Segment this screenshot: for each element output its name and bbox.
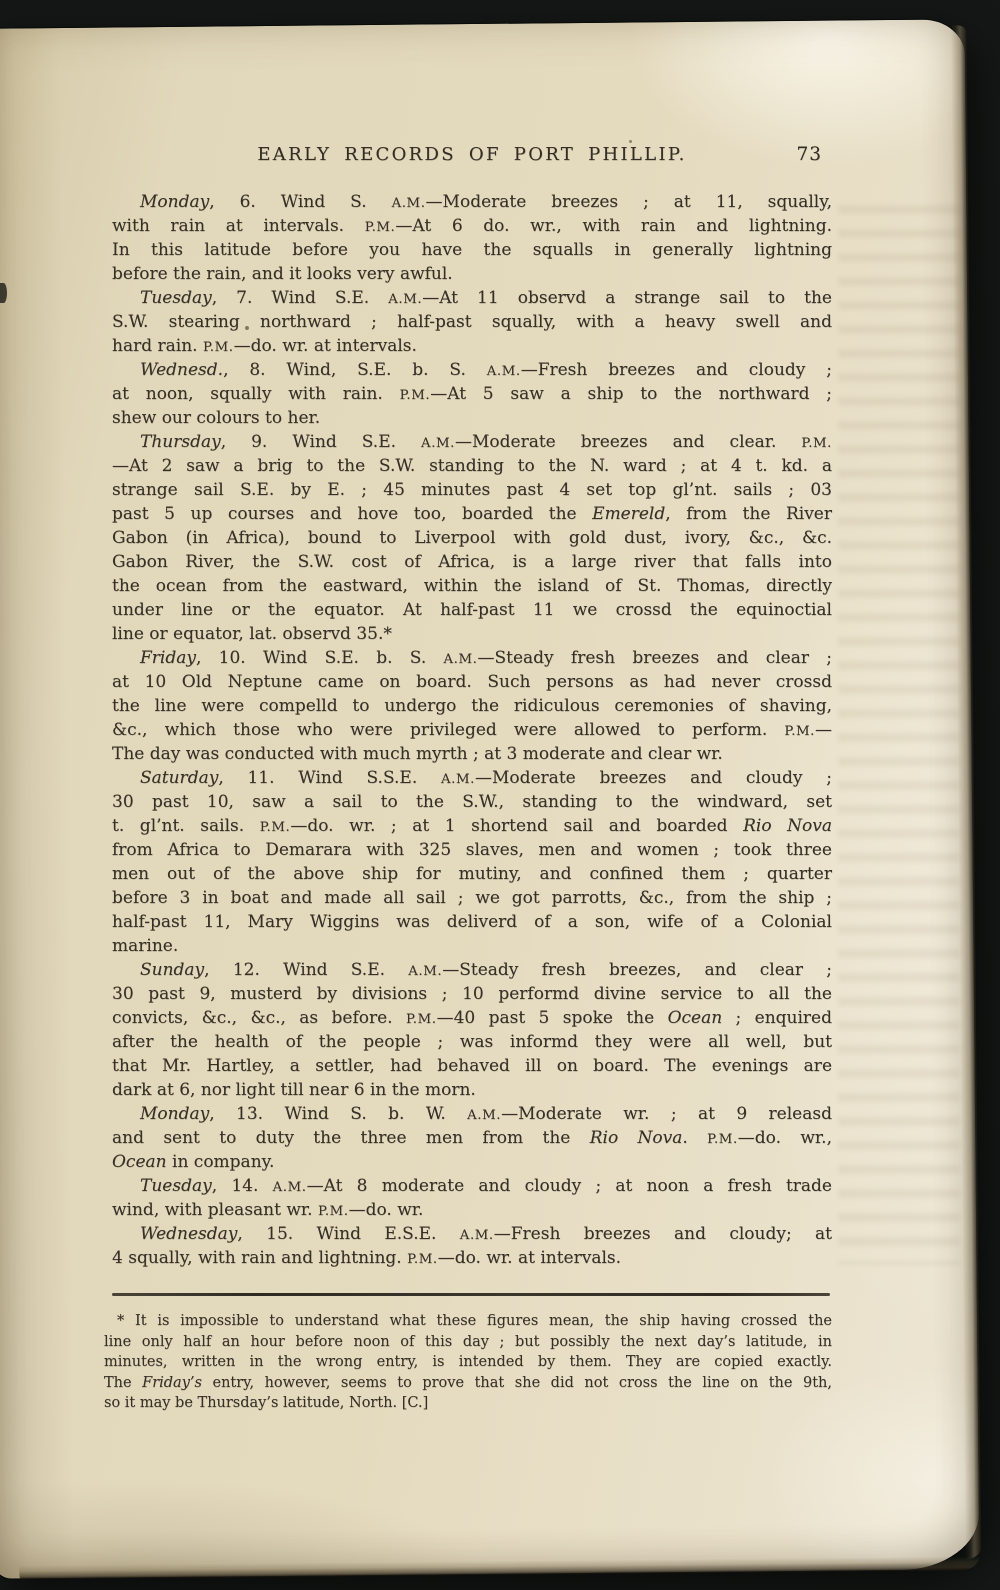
text-line: wind, with pleasant wr. P.M.—do. wr. [112,1198,832,1222]
text-line: after the health of the people ; was inf… [112,1030,832,1054]
text-line: Tuesday, 14. A.M.—At 8 moderate and clou… [112,1174,832,1198]
text-line: and sent to duty the three men from the … [112,1126,832,1150]
text-line: under line or the equator. At half-past … [112,598,832,622]
text-line: Wednesday, 15. Wind E.S.E. A.M.—Fresh br… [112,1222,832,1246]
text-line: from Africa to Demarara with 325 slaves,… [112,838,832,862]
page-speck [629,140,632,143]
text-line: that Mr. Hartley, a settler, had behaved… [112,1054,832,1078]
text-line: 30 past 10, saw a sail to the S.W., stan… [112,790,832,814]
text-line: Thursday, 9. Wind S.E. A.M.—Moderate bre… [112,430,832,454]
text-line: convicts, &c., &c., as before. P.M.—40 p… [112,1006,832,1030]
footnote-rule [112,1293,830,1296]
text-line: hard rain. P.M.—do. wr. at intervals. [112,334,832,358]
page-content: EARLY RECORDS OF PORT PHILLIP. 73 Monday… [0,0,1000,1590]
text-line: The Friday’s entry, however, seems to pr… [104,1373,832,1394]
text-line: Monday, 13. Wind S. b. W. A.M.—Moderate … [112,1102,832,1126]
entry-tuesday-7: Tuesday, 7. Wind S.E. A.M.—At 11 observd… [112,286,832,358]
text-line: the ocean from the eastward, within the … [112,574,832,598]
text-line: half-past 11, Mary Wiggins was deliverd … [112,910,832,934]
text-line: Friday, 10. Wind S.E. b. S. A.M.—Steady … [112,646,832,670]
text-line: before the rain, and it looks very awful… [112,262,832,286]
text-line: Gabon (in Africa), bound to Liverpool wi… [112,526,832,550]
text-line: the line were compelld to undergo the ri… [112,694,832,718]
text-line: Gabon River, the S.W. cost of Africa, is… [112,550,832,574]
text-line: 4 squally, with rain and lightning. P.M.… [112,1246,832,1270]
entry-thursday-9: Thursday, 9. Wind S.E. A.M.—Moderate bre… [112,430,832,646]
page-number: 73 [796,144,822,165]
text-line: before 3 in boat and made all sail ; we … [112,886,832,910]
text-line: marine. [112,934,832,958]
text-line: strange sail S.E. by E. ; 45 minutes pas… [112,478,832,502]
book-photo: EARLY RECORDS OF PORT PHILLIP. 73 Monday… [0,0,1000,1590]
text-line: —At 2 saw a brig to the S.W. standing to… [112,454,832,478]
text-line: past 5 up courses and hove too, boarded … [112,502,832,526]
text-line: Saturday, 11. Wind S.S.E. A.M.—Moderate … [112,766,832,790]
text-line: In this latitude before you have the squ… [112,238,832,262]
entry-monday-6: Monday, 6. Wind S. A.M.—Moderate breezes… [112,190,832,286]
text-line: t. gl’nt. sails. P.M.—do. wr. ; at 1 sho… [112,814,832,838]
text-line: &c., which those who were privileged wer… [112,718,832,742]
page-header: EARLY RECORDS OF PORT PHILLIP. 73 [112,144,832,170]
text-line: at 10 Old Neptune came on board. Such pe… [112,670,832,694]
text-line: S.W. stearing northward ; half-past squa… [112,310,832,334]
text-line: line or equator, lat. observd 35.* [112,622,832,646]
entry-wednesday-15: Wednesday, 15. Wind E.S.E. A.M.—Fresh br… [112,1222,832,1270]
footnote: * It is impossible to understand what th… [104,1311,832,1414]
entry-monday-13: Monday, 13. Wind S. b. W. A.M.—Moderate … [112,1102,832,1174]
reverse-side-bleed-through [838,205,960,1265]
entry-tuesday-14: Tuesday, 14. A.M.—At 8 moderate and clou… [112,1174,832,1222]
page-speck [0,283,7,303]
text-line: Ocean in company. [112,1150,832,1174]
text-line: men out of the above ship for mutiny, an… [112,862,832,886]
text-line: shew our colours to her. [112,406,832,430]
body-text: Monday, 6. Wind S. A.M.—Moderate breezes… [112,190,832,1270]
text-line: Tuesday, 7. Wind S.E. A.M.—At 11 observd… [112,286,832,310]
text-line: Sunday, 12. Wind S.E. A.M.—Steady fresh … [112,958,832,982]
entry-sunday-12: Sunday, 12. Wind S.E. A.M.—Steady fresh … [112,958,832,1102]
entry-saturday-11: Saturday, 11. Wind S.S.E. A.M.—Moderate … [112,766,832,958]
text-line: 30 past 9, musterd by divisions ; 10 per… [112,982,832,1006]
footnote-text: * It is impossible to understand what th… [104,1311,832,1414]
text-line: Monday, 6. Wind S. A.M.—Moderate breezes… [112,190,832,214]
text-line: so it may be Thursday’s latitude, North.… [104,1393,832,1414]
text-line: * It is impossible to understand what th… [104,1311,832,1332]
running-header-title: EARLY RECORDS OF PORT PHILLIP. [112,144,832,165]
text-line: The day was conducted with much myrth ; … [112,742,832,766]
text-line: with rain at intervals. P.M.—At 6 do. wr… [112,214,832,238]
entry-friday-10: Friday, 10. Wind S.E. b. S. A.M.—Steady … [112,646,832,766]
text-line: at noon, squally with rain. P.M.—At 5 sa… [112,382,832,406]
text-line: minutes, written in the wrong entry, is … [104,1352,832,1373]
text-line: dark at 6, nor light till near 6 in the … [112,1078,832,1102]
text-line: Wednesd., 8. Wind, S.E. b. S. A.M.—Fresh… [112,358,832,382]
text-line: line only half an hour before noon of th… [104,1332,832,1353]
entry-wednesday-8: Wednesd., 8. Wind, S.E. b. S. A.M.—Fresh… [112,358,832,430]
